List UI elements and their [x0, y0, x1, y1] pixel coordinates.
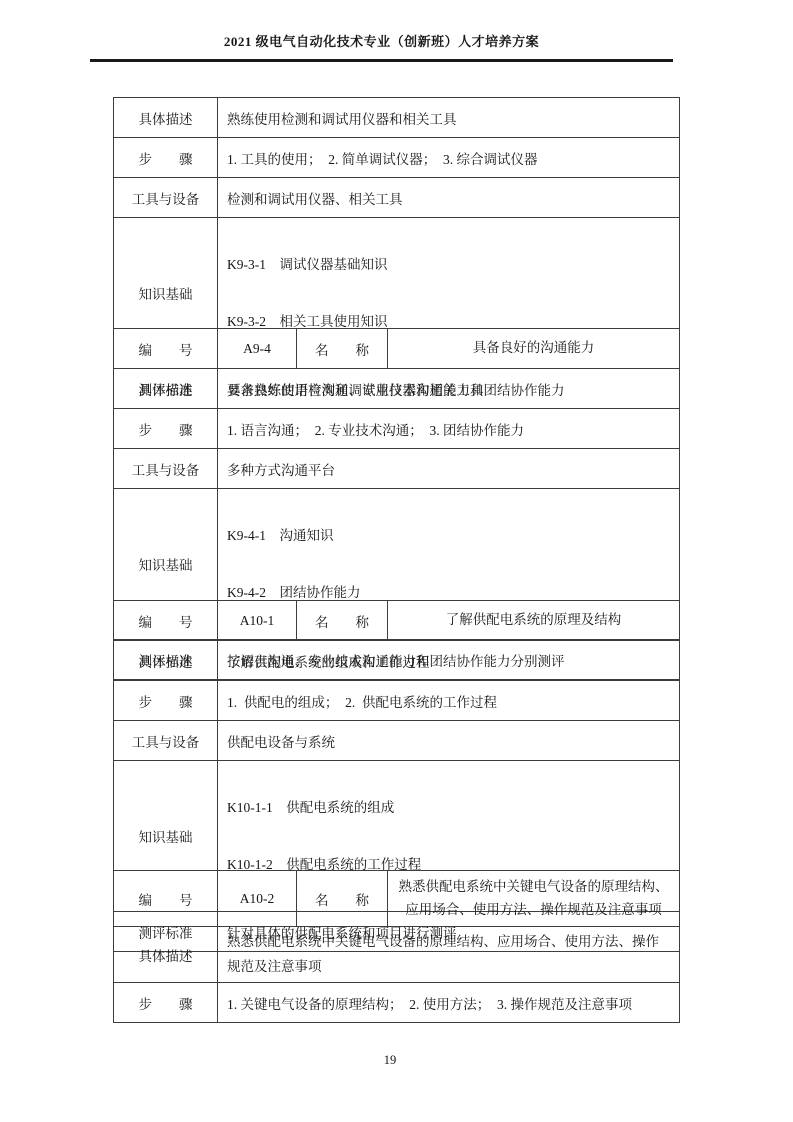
page-header-title: 2021 级电气自动化技术专业（创新班）人才培养方案 — [90, 31, 673, 50]
steps-label: 步 骤 — [114, 138, 218, 178]
knowledge-line: K10-1-1 供配电系统的组成 — [227, 795, 670, 820]
table-row: 工具与设备 供配电设备与系统 — [114, 721, 680, 761]
description-value: 熟练使用检测和调试用仪器和相关工具 — [218, 98, 680, 138]
code-value: A10-2 — [218, 871, 297, 927]
code-label: 编 号 — [114, 871, 218, 927]
tools-label: 工具与设备 — [114, 721, 218, 761]
description-label: 具体描述 — [114, 369, 218, 409]
code-value: A9-4 — [218, 329, 297, 369]
table-row: 工具与设备 检测和调试用仪器、相关工具 — [114, 178, 680, 218]
table-row: 步 骤 1. 工具的使用； 2. 简单调试仪器； 3. 综合调试仪器 — [114, 138, 680, 178]
name-value: 具备良好的沟通能力 — [388, 329, 680, 369]
competency-table-a10-2: 编 号 A10-2 名 称 熟悉供配电系统中关键电气设备的原理结构、应用场合、使… — [113, 870, 680, 1023]
page-number: 19 — [0, 1053, 780, 1068]
description-label: 具体描述 — [114, 927, 218, 983]
steps-label: 步 骤 — [114, 681, 218, 721]
description-value: 具备良好的语言沟通、专业技术沟通能力和团结协作能力 — [218, 369, 680, 409]
name-value: 了解供配电系统的原理及结构 — [388, 601, 680, 641]
tools-value: 检测和调试用仪器、相关工具 — [218, 178, 680, 218]
steps-label: 步 骤 — [114, 409, 218, 449]
name-value: 熟悉供配电系统中关键电气设备的原理结构、应用场合、使用方法、操作规范及注意事项 — [388, 871, 680, 927]
table-row: 工具与设备 多种方式沟通平台 — [114, 449, 680, 489]
header-double-rule — [90, 59, 673, 62]
steps-value: 1. 工具的使用； 2. 简单调试仪器； 3. 综合调试仪器 — [218, 138, 680, 178]
tools-value: 供配电设备与系统 — [218, 721, 680, 761]
steps-value: 1. 关键电气设备的原理结构； 2. 使用方法； 3. 操作规范及注意事项 — [218, 983, 680, 1023]
table-row: 编 号 A10-2 名 称 熟悉供配电系统中关键电气设备的原理结构、应用场合、使… — [114, 871, 680, 927]
description-label: 具体描述 — [114, 641, 218, 681]
knowledge-line: K9-4-1 沟通知识 — [227, 523, 670, 548]
table-row: 步 骤 1. 供配电的组成； 2. 供配电系统的工作过程 — [114, 681, 680, 721]
table-row: 具体描述 具备良好的语言沟通、专业技术沟通能力和团结协作能力 — [114, 369, 680, 409]
table-row: 编 号 A10-1 名 称 了解供配电系统的原理及结构 — [114, 601, 680, 641]
code-value: A10-1 — [218, 601, 297, 641]
table-row: 编 号 A9-4 名 称 具备良好的沟通能力 — [114, 329, 680, 369]
description-value: 熟悉供配电系统中关键电气设备的原理结构、应用场合、使用方法、操作规范及注意事项 — [218, 927, 680, 983]
table-row: 具体描述 了解供配电系统的组成和工作过程 — [114, 641, 680, 681]
document-page: 2021 级电气自动化技术专业（创新班）人才培养方案 具体描述 熟练使用检测和调… — [0, 0, 793, 1122]
steps-label: 步 骤 — [114, 983, 218, 1023]
table-row: 具体描述 熟悉供配电系统中关键电气设备的原理结构、应用场合、使用方法、操作规范及… — [114, 927, 680, 983]
name-label: 名 称 — [297, 871, 388, 927]
table-row: 具体描述 熟练使用检测和调试用仪器和相关工具 — [114, 98, 680, 138]
steps-value: 1. 供配电的组成； 2. 供配电系统的工作过程 — [218, 681, 680, 721]
knowledge-line: K9-3-1 调试仪器基础知识 — [227, 252, 670, 277]
name-label: 名 称 — [297, 601, 388, 641]
name-label: 名 称 — [297, 329, 388, 369]
code-label: 编 号 — [114, 329, 218, 369]
description-value: 了解供配电系统的组成和工作过程 — [218, 641, 680, 681]
table-row: 步 骤 1. 关键电气设备的原理结构； 2. 使用方法； 3. 操作规范及注意事… — [114, 983, 680, 1023]
tools-value: 多种方式沟通平台 — [218, 449, 680, 489]
steps-value: 1. 语言沟通； 2. 专业技术沟通； 3. 团结协作能力 — [218, 409, 680, 449]
tools-label: 工具与设备 — [114, 449, 218, 489]
description-label: 具体描述 — [114, 98, 218, 138]
table-row: 步 骤 1. 语言沟通； 2. 专业技术沟通； 3. 团结协作能力 — [114, 409, 680, 449]
code-label: 编 号 — [114, 601, 218, 641]
tools-label: 工具与设备 — [114, 178, 218, 218]
